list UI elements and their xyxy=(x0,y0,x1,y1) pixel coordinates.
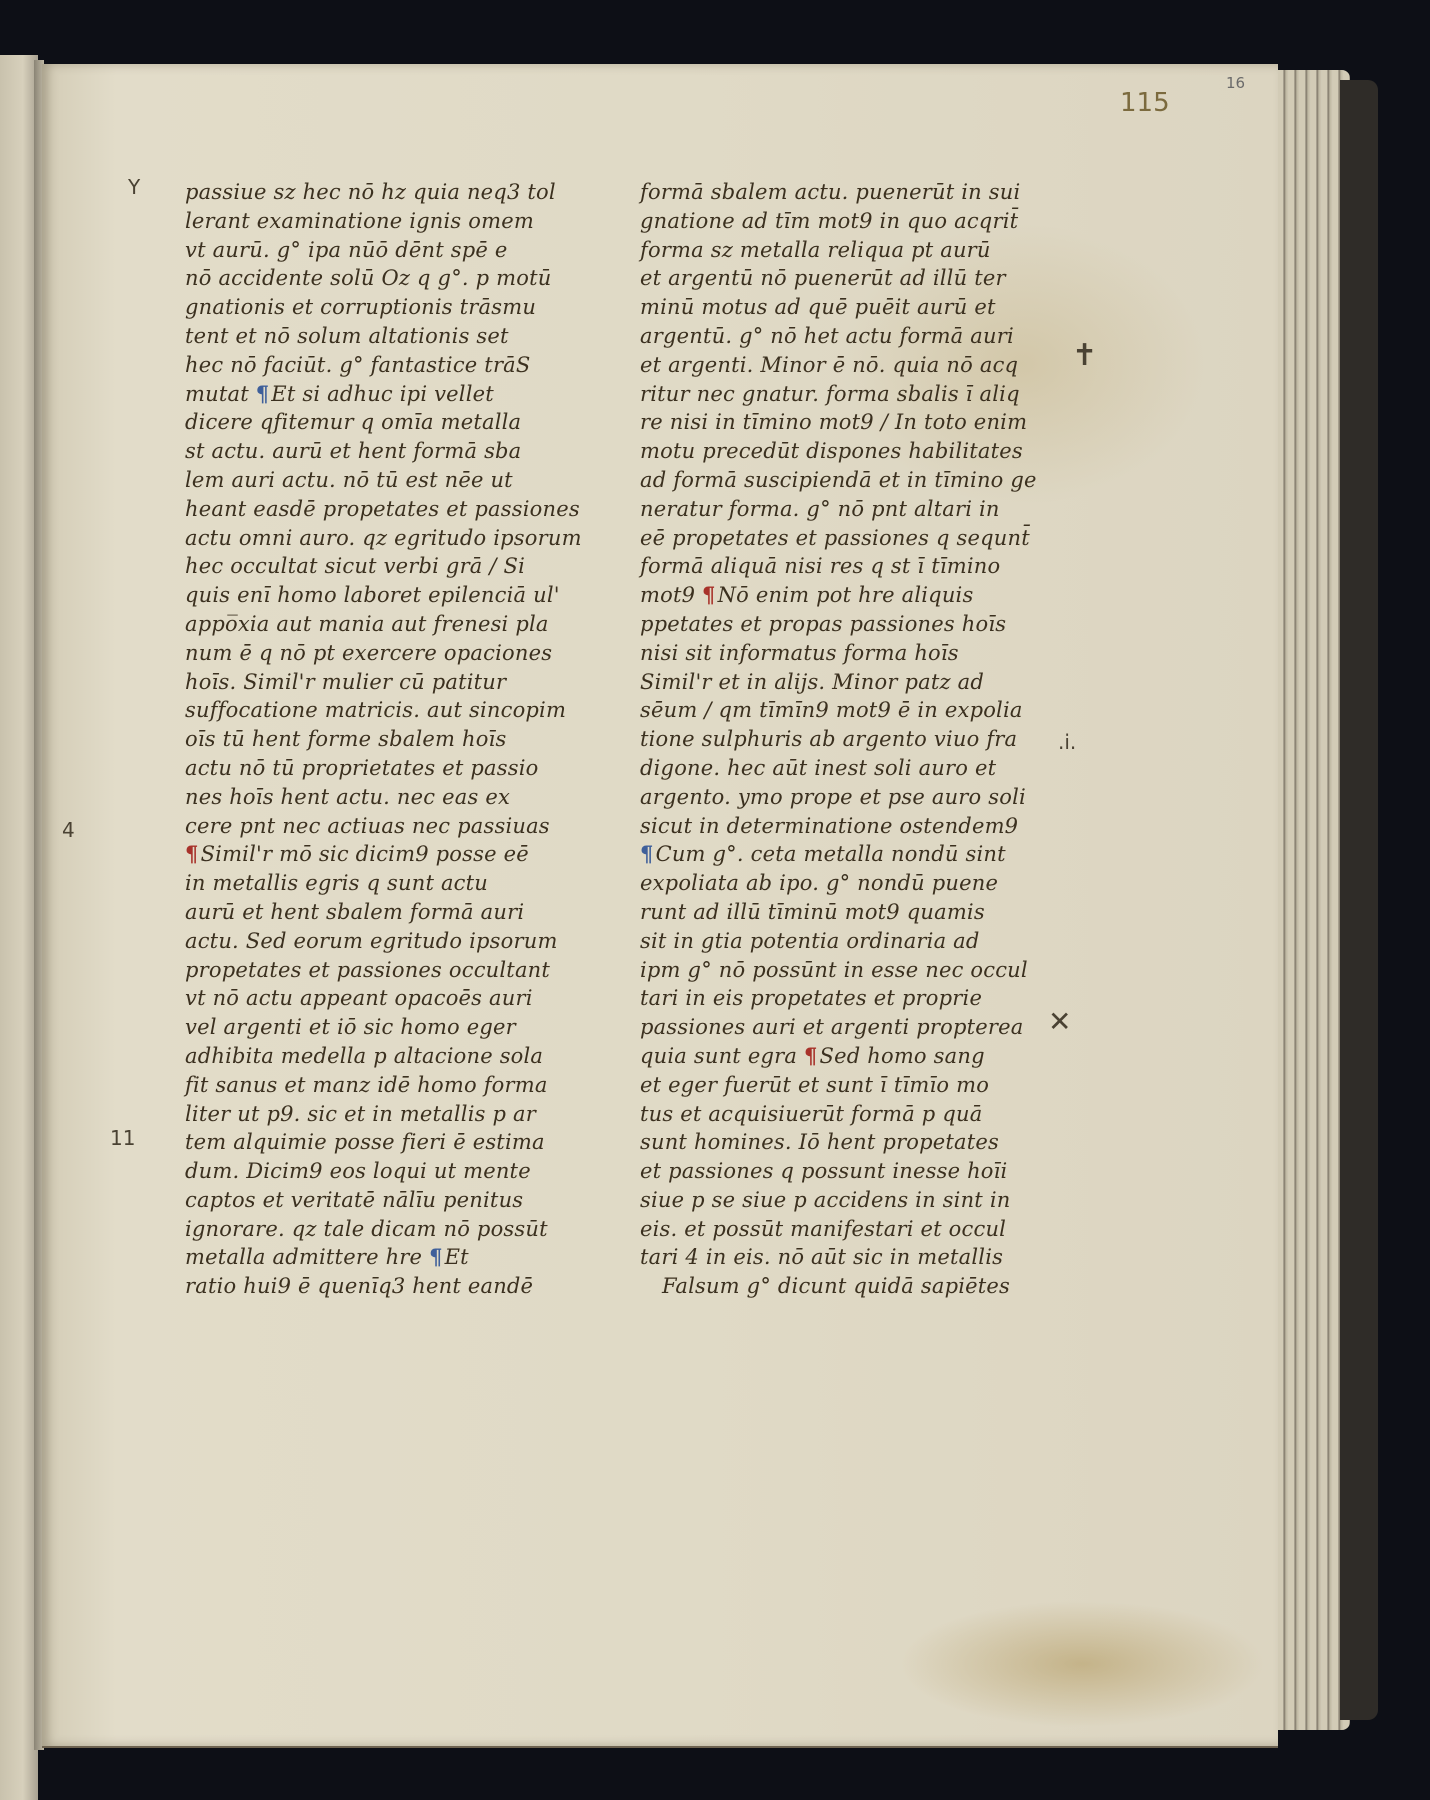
text-line: actu. Sed eorum egritudo ipsorum xyxy=(185,927,560,956)
text-fragment: Sed homo sang xyxy=(820,1044,985,1068)
text-line: metalla admittere hre ¶Et xyxy=(185,1243,560,1272)
text-line: vel argenti et iō sic homo eger xyxy=(185,1013,560,1042)
text-line: sēum / qm tīmīn9 mot9 ē in expolia xyxy=(640,696,1050,725)
text-line: quia sunt egra ¶Sed homo sang xyxy=(640,1042,1050,1071)
text-line: hec occultat sicut verbi grā / Si xyxy=(185,552,560,581)
text-line: nō accidente solū Oz q g°. p motū xyxy=(185,264,560,293)
text-line: vt nō actu appeant opacoēs auri xyxy=(185,984,560,1013)
text-line: tari in eis propetates et proprie xyxy=(640,984,1050,1013)
text-line: digone. hec aūt inest soli auro et xyxy=(640,754,1050,783)
margin-mark-dots: .i. xyxy=(1058,730,1076,754)
text-line: quis enī homo laboret epilenciā ul' xyxy=(185,581,560,610)
text-line: siue p se siue p accidens in sint in xyxy=(640,1186,1050,1215)
old-folio-number: 115 xyxy=(1120,88,1170,118)
text-line: mutat ¶Et si adhuc ipi vellet xyxy=(185,380,560,409)
text-line: formā aliquā nisi res q st ī tīmino xyxy=(640,552,1050,581)
right-text-column: formā sbalem actu. puenerūt in sui gnati… xyxy=(640,178,1050,1301)
text-line: Falsum g° dicunt quidā sapiētes xyxy=(640,1272,1050,1301)
text-line: tus et acquisiuerūt formā p quā xyxy=(640,1100,1050,1129)
left-text-column: passiue sz hec nō hz quia neq3 tol leran… xyxy=(185,178,560,1301)
text-line: st actu. aurū et hent formā sba xyxy=(185,437,560,466)
text-line: ratio hui9 ē quenīq3 hent eandē xyxy=(185,1272,560,1301)
text-line: re nisi in tīmino mot9 / In toto enim xyxy=(640,408,1050,437)
text-line: heant easdē propetates et passiones xyxy=(185,495,560,524)
text-line: suffocatione matricis. aut sincopim xyxy=(185,696,560,725)
text-line: dum. Dicim9 eos loqui ut mente xyxy=(185,1157,560,1186)
text-line: liter ut p9. sic et in metallis p ar xyxy=(185,1100,560,1129)
text-line: formā sbalem actu. puenerūt in sui xyxy=(640,178,1050,207)
text-fragment: Simil'r mō sic dicim9 posse eē xyxy=(201,842,529,866)
text-line: appo̅xia aut mania aut frenesi pla xyxy=(185,610,560,639)
text-line: et eger fuerūt et sunt ī tīmīo mo xyxy=(640,1071,1050,1100)
red-paragraph-mark-icon: ¶ xyxy=(804,1043,818,1068)
text-line: fit sanus et manz idē homo forma xyxy=(185,1071,560,1100)
margin-mark-cross: ✝ xyxy=(1072,338,1097,373)
text-fragment: metalla admittere hre xyxy=(185,1245,422,1269)
text-line: Simil'r et in alijs. Minor patz ad xyxy=(640,668,1050,697)
text-line: hec nō faciūt. g° fantastice trāS xyxy=(185,351,560,380)
text-line: gnatione ad tīm mot9 in quo acqrit̄ xyxy=(640,207,1050,236)
text-line: tent et nō solum altationis set xyxy=(185,322,560,351)
text-line: ipm g° nō possūnt in esse nec occul xyxy=(640,956,1050,985)
blue-paragraph-mark-icon: ¶ xyxy=(256,381,270,406)
text-line: propetates et passiones occultant xyxy=(185,956,560,985)
text-line: lem auri actu. nō tū est nēe ut xyxy=(185,466,560,495)
blue-paragraph-mark-icon: ¶ xyxy=(429,1244,443,1269)
text-fragment: Et xyxy=(445,1245,469,1269)
text-line: ad formā suscipiendā et in tīmino ge xyxy=(640,466,1050,495)
text-line: minū motus ad quē puēit aurū et xyxy=(640,293,1050,322)
text-line: ppetates et propas passiones hoīs xyxy=(640,610,1050,639)
text-fragment: quia sunt egra xyxy=(640,1044,797,1068)
text-line: tione sulphuris ab argento viuo fra xyxy=(640,725,1050,754)
text-line: et passiones q possunt inesse hoīi xyxy=(640,1157,1050,1186)
text-line: vt aurū. g° ipa nūō dēnt spē e xyxy=(185,236,560,265)
text-line: adhibita medella p altacione sola xyxy=(185,1042,560,1071)
facing-page-edge xyxy=(0,55,38,1800)
text-line: et argentū nō puenerūt ad illū ter xyxy=(640,264,1050,293)
book-cover xyxy=(1340,80,1378,1720)
text-line: et argenti. Minor ē nō. quia nō acq xyxy=(640,351,1050,380)
modern-folio-number: 16 xyxy=(1226,74,1245,92)
text-line: sicut in determinatione ostendem9 xyxy=(640,812,1050,841)
text-line: num ē q nō pt exercere opaciones xyxy=(185,639,560,668)
text-fragment: Et si adhuc ipi vellet xyxy=(271,382,494,406)
text-fragment: Cum g°. ceta metalla nondū sint xyxy=(656,842,1006,866)
text-line: mot9 ¶Nō enim pot hre aliquis xyxy=(640,581,1050,610)
text-line: lerant examinatione ignis omem xyxy=(185,207,560,236)
text-line: captos et veritatē nālīu penitus xyxy=(185,1186,560,1215)
text-line: expoliata ab ipo. g° nondū puene xyxy=(640,869,1050,898)
text-line: ¶Cum g°. ceta metalla nondū sint xyxy=(640,840,1050,869)
text-line: oīs tū hent forme sbalem hoīs xyxy=(185,725,560,754)
red-paragraph-mark-icon: ¶ xyxy=(702,582,716,607)
text-line: passiue sz hec nō hz quia neq3 tol xyxy=(185,178,560,207)
text-line: sit in gtia potentia ordinaria ad xyxy=(640,927,1050,956)
text-line: eis. et possūt manifestari et occul xyxy=(640,1215,1050,1244)
margin-mark-top-left: Y xyxy=(128,175,140,199)
text-line: forma sz metalla reliqua pt aurū xyxy=(640,236,1050,265)
text-line: argento. ymo prope et pse auro soli xyxy=(640,783,1050,812)
text-line: ignorare. qz tale dicam nō possūt xyxy=(185,1215,560,1244)
text-line: hoīs. Simil'r mulier cū patitur xyxy=(185,668,560,697)
text-line: actu nō tū proprietates et passio xyxy=(185,754,560,783)
text-line: neratur forma. g° nō pnt altari in xyxy=(640,495,1050,524)
text-fragment: mutat xyxy=(185,382,249,406)
text-line: gnationis et corruptionis trāsmu xyxy=(185,293,560,322)
text-line: argentū. g° nō het actu formā auri xyxy=(640,322,1050,351)
text-line: ¶Simil'r mō sic dicim9 posse eē xyxy=(185,840,560,869)
margin-mark-four: 4 xyxy=(62,818,75,842)
text-line: runt ad illū tīminū mot9 quamis xyxy=(640,898,1050,927)
text-fragment: Nō enim pot hre aliquis xyxy=(718,583,974,607)
text-line: sunt homines. Iō hent propetates xyxy=(640,1128,1050,1157)
text-line: tem alquimie posse fieri ē estima xyxy=(185,1128,560,1157)
text-line: tari 4 in eis. nō aūt sic in metallis xyxy=(640,1243,1050,1272)
text-line: eē propetates et passiones q sequnt̄ xyxy=(640,524,1050,553)
text-line: aurū et hent sbalem formā auri xyxy=(185,898,560,927)
margin-mark-x: ✕ xyxy=(1048,1005,1071,1038)
text-line: dicere qfitemur q omīa metalla xyxy=(185,408,560,437)
text-line: ritur nec gnatur. forma sbalis ī aliq xyxy=(640,380,1050,409)
text-line: in metallis egris q sunt actu xyxy=(185,869,560,898)
text-line: nisi sit informatus forma hoīs xyxy=(640,639,1050,668)
text-line: cere pnt nec actiuas nec passiuas xyxy=(185,812,560,841)
text-line: actu omni auro. qz egritudo ipsorum xyxy=(185,524,560,553)
margin-mark-eleven: 11 xyxy=(110,1126,135,1150)
text-line: passiones auri et argenti propterea xyxy=(640,1013,1050,1042)
text-line: nes hoīs hent actu. nec eas ex xyxy=(185,783,560,812)
text-line: motu precedūt dispones habilitates xyxy=(640,437,1050,466)
red-paragraph-mark-icon: ¶ xyxy=(185,841,199,866)
text-fragment: mot9 xyxy=(640,583,695,607)
blue-paragraph-mark-icon: ¶ xyxy=(640,841,654,866)
